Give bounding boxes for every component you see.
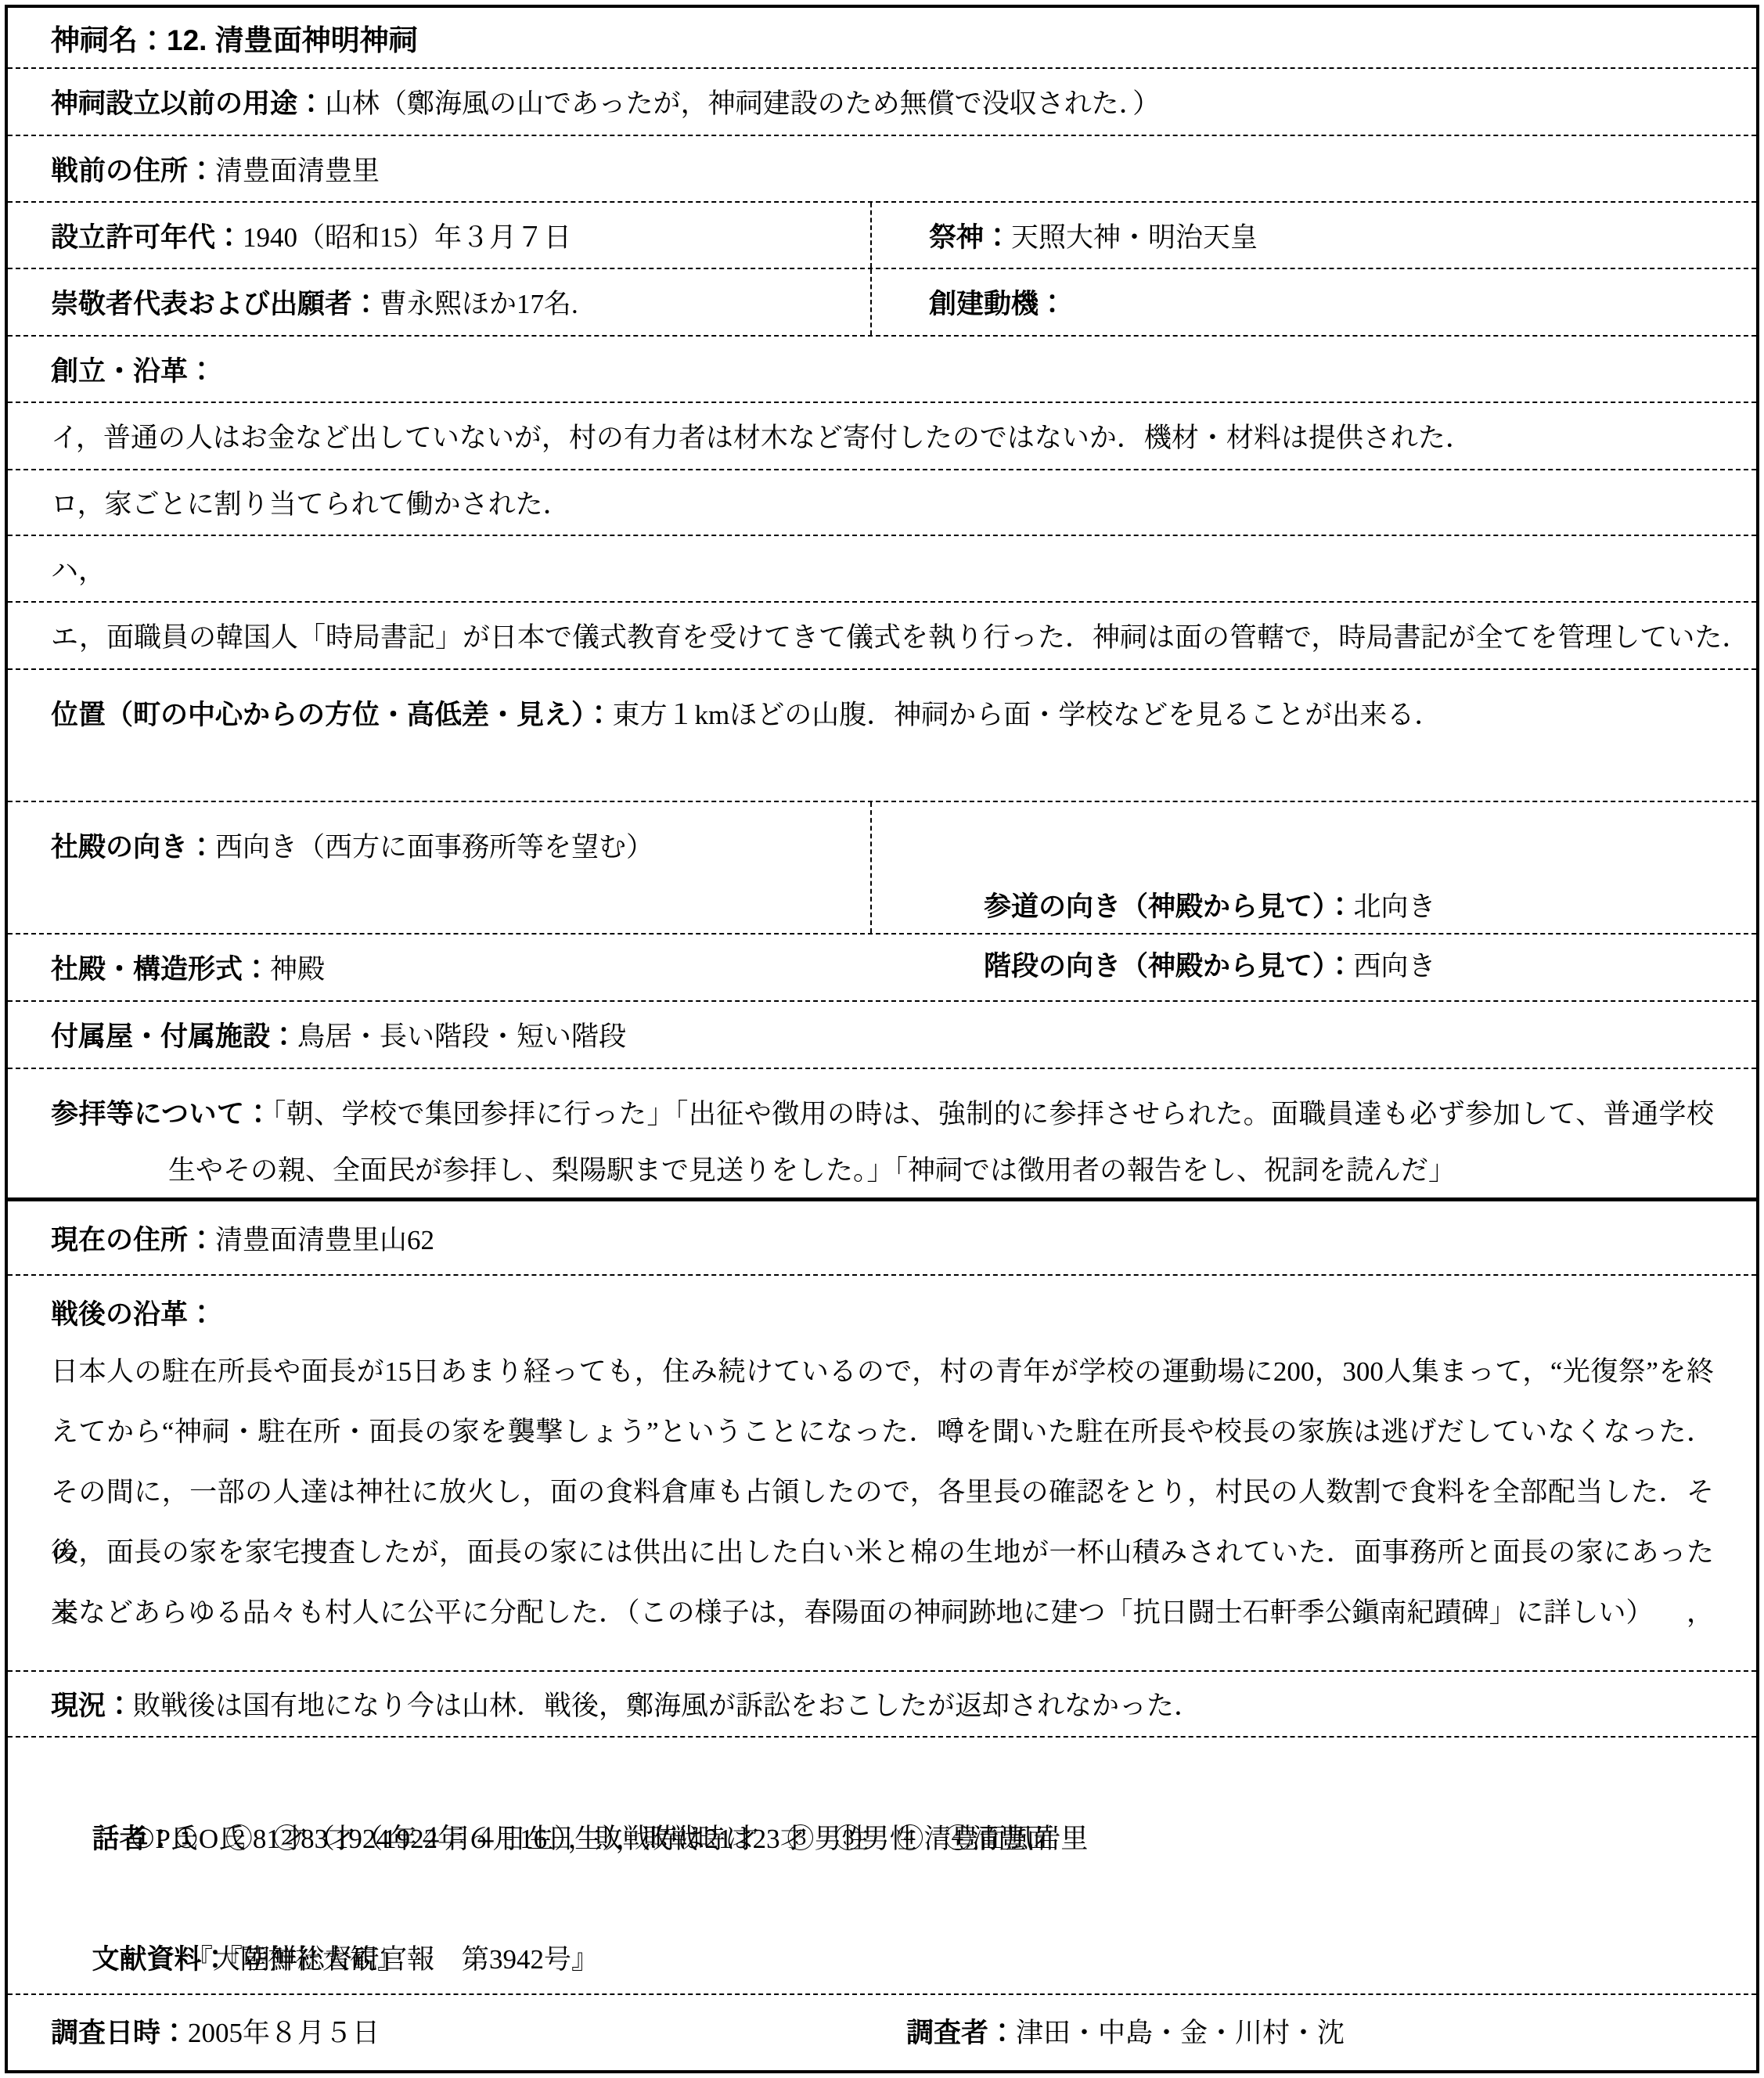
row-note-i: イ，普通の人はお金など出していないが，村の有力者は材木など寄付したのではないか．… — [8, 403, 1756, 470]
shrine-title: 神祠名：12. 清豊面神明神祠 — [51, 16, 418, 59]
worshipers-label: 崇敬者代表および出願者： — [51, 283, 380, 322]
row-shrine-title: 神祠名：12. 清豊面神明神祠 — [8, 8, 1756, 69]
row-orientations: 社殿の向き：西向き（西方に面事務所等を望む） 参道の向き（神殿から見て）：北向き… — [8, 802, 1756, 935]
row-structure: 社殿・構造形式：神殿 — [8, 935, 1756, 1002]
row-permit-deity: 設立許可年代：1940（昭和15）年３月７日 祭神：天照大神・明治天皇 — [8, 203, 1756, 269]
deity-label: 祭神： — [929, 216, 1011, 255]
row-survey: 調査日時：2005年８月５日 調査者：津田・中島・金・川村・沈 — [8, 1995, 1756, 2067]
note-ro-text: ロ，家ごとに割り当てられて働かされた． — [51, 483, 571, 522]
worship-line-1: 参拝等について：「朝、学校で集団参拝に行った」「出征や徴用の時は、強制的に参拝さ… — [51, 1086, 1714, 1143]
note-e-text: エ，面職員の韓国人「時局書記」が日本で儀式教育を受けてきて儀式を執り行った．神祠… — [51, 616, 1749, 655]
status-value: 敗戦後は国有地になり今は山林．戦後，鄭海風が訴訟をおこしたが返却されなかった． — [133, 1684, 1201, 1723]
reference-line-1: 文献資料：『朝鮮総督府官報 第3942号』 — [51, 1869, 1714, 1929]
row-attachments: 付属屋・付属施設：鳥居・長い階段・短い階段 — [8, 1002, 1756, 1069]
cell-approach-stairs: 参道の向き（神殿から見て）：北向き 階段の向き（神殿から見て）：西向き — [870, 802, 1756, 933]
location-label: 位置（町の中心からの方位・高低差・見え）： — [51, 693, 613, 733]
cell-deity: 祭神：天照大神・明治天皇 — [870, 203, 1756, 268]
row-worshipers-motive: 崇敬者代表および出願者：曹永熙ほか17名. 創建動機： — [8, 269, 1756, 337]
shrine-facing-label: 社殿の向き： — [51, 826, 215, 865]
postwar-line-4: 後，面長の家を家宅捜査したが，面長の家には供出に出した白い米と棉の生地が一杯山積… — [51, 1522, 1714, 1583]
shrine-survey-sheet: 神祠名：12. 清豊面神明神祠 神祠設立以前の用途：山林（鄭海風の山であったが，… — [5, 5, 1759, 2073]
prior-use-label: 神祠設立以前の用途： — [51, 82, 325, 121]
cell-worshipers: 崇敬者代表および出願者：曹永熙ほか17名. — [8, 269, 870, 335]
survey-date-value: 2005年８月５日 — [188, 2018, 380, 2048]
approach-facing-line: 参道の向き（神殿から見て）：北向き — [929, 818, 1756, 877]
current-address-label: 現在の住所： — [51, 1219, 215, 1258]
row-note-e: エ，面職員の韓国人「時局書記」が日本で儀式教育を受けてきて儀式を執り行った．神祠… — [8, 603, 1756, 670]
permit-date-label: 設立許可年代： — [51, 216, 243, 255]
row-note-ro: ロ，家ごとに割り当てられて働かされた． — [8, 470, 1756, 536]
row-current-address: 現在の住所：清豊面清豊里山62 — [8, 1201, 1756, 1276]
reference-line-2: 『大陸神社大観』 — [51, 1929, 1714, 1990]
postwar-line-2: えてから“神祠・駐在所・面長の家を襲撃しょう”ということになった．噂を聞いた駐在… — [51, 1402, 1714, 1462]
cell-shrine-facing: 社殿の向き：西向き（西方に面事務所等を望む） — [8, 802, 870, 933]
row-postwar-history: 戦後の沿革： 日本人の駐在所長や面長が15日あまり経っても，住み続けているので，… — [8, 1276, 1756, 1672]
row-location: 位置（町の中心からの方位・高低差・見え）：東方１kmほどの山腹．神祠から面・学校… — [8, 670, 1756, 802]
postwar-line-1: 日本人の駐在所長や面長が15日あまり経っても，住み続けているので，村の青年が学校… — [51, 1342, 1714, 1402]
founding-history-label: 創立・沿革： — [51, 350, 215, 389]
postwar-line-3: その間に，一部の人達は神社に放火し，面の食料倉庫も占領したので，各里長の確認をと… — [51, 1462, 1714, 1522]
survey-date-label: 調査日時： — [51, 2018, 188, 2048]
current-address-value: 清豊面清豊里山62 — [215, 1219, 434, 1258]
worship-line1-text: 「朝、学校で集団参拝に行った」「出征や徴用の時は、強制的に参拝させられた。面職員… — [272, 1099, 1714, 1129]
row-note-ha: ハ， — [8, 536, 1756, 603]
cell-permit-date: 設立許可年代：1940（昭和15）年３月７日 — [8, 203, 870, 268]
attachments-value: 鳥居・長い階段・短い階段 — [297, 1015, 626, 1054]
row-founding-history: 創立・沿革： — [8, 337, 1756, 403]
row-speakers-references: 話者：①O氏 ②83才（1922年６月16日生），敗戦時は23才 ③男性 ④清豊… — [8, 1738, 1756, 1995]
location-value: 東方１kmほどの山腹．神祠から面・学校などを見ることが出来る． — [613, 693, 1442, 733]
cell-founding-motive: 創建動機： — [870, 269, 1756, 335]
prewar-address-value: 清豊面清豊里 — [215, 149, 380, 189]
speaker-line-1: 話者：①O氏 ②83才（1922年６月16日生），敗戦時は23才 ③男性 ④清豊… — [51, 1748, 1714, 1809]
worship-label: 参拝等について： — [51, 1099, 272, 1129]
worshipers-value: 曹永熙ほか17名. — [380, 283, 578, 322]
postwar-history-label: 戦後の沿革： — [51, 1288, 1714, 1342]
deity-value: 天照大神・明治天皇 — [1011, 216, 1258, 255]
note-ha-text: ハ， — [51, 549, 106, 589]
postwar-line-5: 麦などあらゆる品々も村人に公平に分配した．（この様子は，春陽面の神祠跡地に建つ「… — [51, 1583, 1714, 1643]
approach-facing-label: 参道の向き（神殿から見て）： — [984, 891, 1354, 922]
structure-value: 神殿 — [270, 948, 325, 987]
row-prewar-address: 戦前の住所：清豊面清豊里 — [8, 136, 1756, 203]
row-prior-use: 神祠設立以前の用途：山林（鄭海風の山であったが，神祠建設のため無償で没収された．… — [8, 69, 1756, 136]
founding-motive-label: 創建動機： — [929, 283, 1066, 322]
shrine-facing-value: 西向き（西方に面事務所等を望む） — [215, 826, 653, 865]
worship-line-2: 生やその親、全面民が参拝し、梨陽駅まで見送りをした。」「神祠では徴用者の報告をし… — [51, 1143, 1714, 1199]
approach-facing-value: 北向き — [1354, 891, 1436, 922]
status-label: 現況： — [51, 1684, 133, 1723]
permit-date-value: 1940（昭和15）年３月７日 — [243, 216, 571, 255]
attachments-label: 付属屋・付属施設： — [51, 1015, 297, 1054]
row-status: 現況：敗戦後は国有地になり今は山林．戦後，鄭海風が訴訟をおこしたが返却されなかっ… — [8, 1672, 1756, 1738]
surveyors-value: 津田・中島・金・川村・沈 — [1016, 2011, 1345, 2051]
surveyors: 調査者：津田・中島・金・川村・沈 — [906, 1995, 1345, 2067]
speaker-line-2: ①P氏 ②81才（1924年４月４日生），敗戦時は21才 ③男性 ④清豊面風岩里 — [51, 1809, 1714, 1869]
survey-date: 調査日時：2005年８月５日 — [51, 2011, 380, 2051]
note-i-text: イ，普通の人はお金など出していないが，村の有力者は材木など寄付したのではないか．… — [51, 416, 1473, 456]
structure-label: 社殿・構造形式： — [51, 948, 270, 987]
surveyors-label: 調査者： — [906, 2011, 1016, 2051]
prewar-address-label: 戦前の住所： — [51, 149, 215, 189]
row-worship: 参拝等について：「朝、学校で集団参拝に行った」「出征や徴用の時は、強制的に参拝さ… — [8, 1069, 1756, 1201]
prior-use-value: 山林（鄭海風の山であったが，神祠建設のため無償で没収された．） — [325, 82, 1160, 121]
